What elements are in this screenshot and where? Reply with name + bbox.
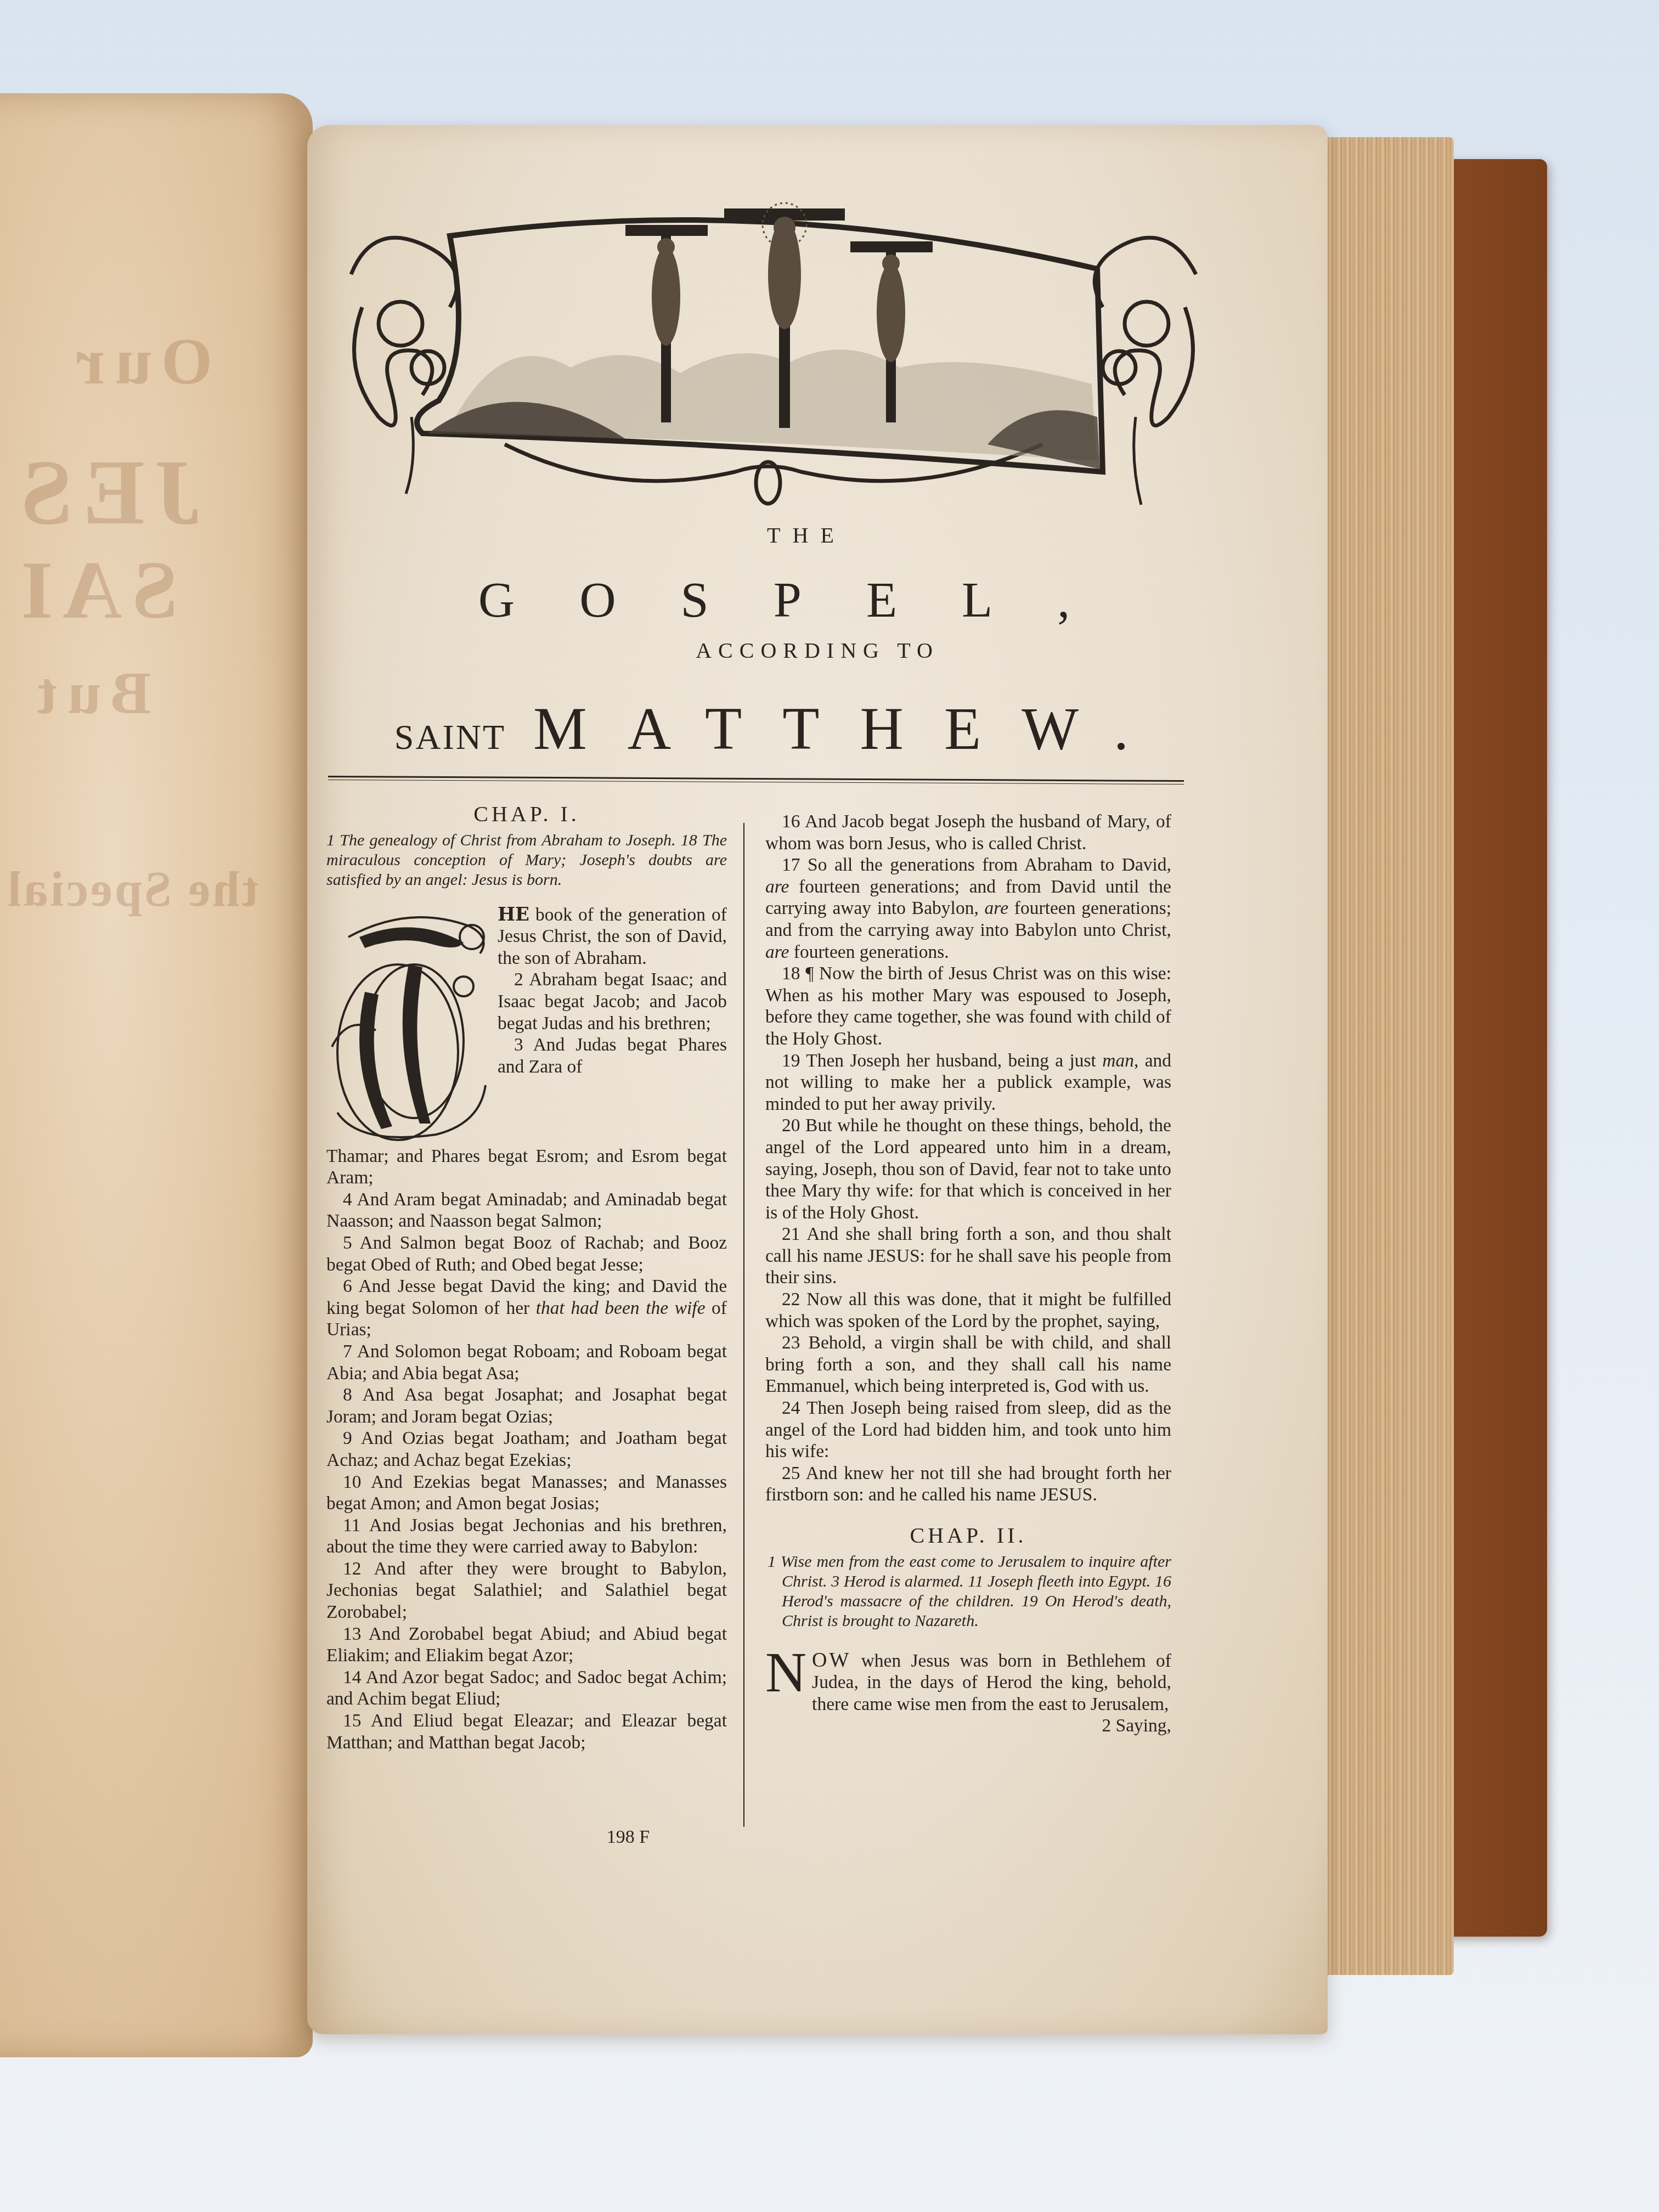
title-saint: SAINT — [394, 717, 506, 758]
verse-22: 22 Now all this was done, that it might … — [765, 1289, 1171, 1332]
verse-13: 13 And Zorobabel begat Abiud; and Abiud … — [326, 1623, 727, 1667]
verse-11: 11 And Josias begat Jechonias and his br… — [326, 1515, 727, 1558]
ornamental-dropcap-T-icon: T — [326, 904, 491, 1145]
verse-20: 20 But while he thought on these things,… — [765, 1115, 1171, 1223]
verse-1: HE book of the generation of Jesus Chris… — [498, 904, 727, 1145]
verse-25: 25 And knew her not till she had brought… — [765, 1463, 1171, 1506]
show-through-text: Our — [66, 324, 212, 399]
verse-24: 24 Then Joseph being raised from sleep, … — [765, 1397, 1171, 1463]
verse-21: 21 And she shall bring forth a son, and … — [765, 1223, 1171, 1289]
chapter-2-opening: N OW when Jesus was born in Bethlehem of… — [765, 1650, 1171, 1716]
title-the: THE — [658, 522, 955, 548]
left-facing-page: Our JES SAI But the Special — [0, 93, 313, 2057]
title-gospel: GOSPEL, — [395, 571, 1218, 629]
show-through-text: JES — [11, 439, 201, 546]
title-matthew: MATTHEW. — [533, 694, 1169, 764]
opening-paragraph: T HE book of the generation of Jesus Chr… — [326, 904, 727, 1145]
verse-23: 23 Behold, a virgin shall be with child,… — [765, 1332, 1171, 1397]
svg-text:T: T — [326, 904, 327, 905]
show-through-text: the Special — [5, 861, 258, 918]
chapter-summary-2: 1 Wise men from the east come to Jerusal… — [765, 1552, 1171, 1631]
verse-12: 12 And after they were brought to Babylo… — [326, 1558, 727, 1623]
verse-19: 19 Then Joseph her husband, being a just… — [765, 1050, 1171, 1115]
initial-N: N — [765, 1650, 806, 1716]
catchword: 2 Saying, — [765, 1715, 1171, 1737]
verse-6: 6 And Jesse begat David the king; and Da… — [326, 1276, 727, 1341]
verse-14: 14 And Azor begat Sadoc; and Sadoc begat… — [326, 1667, 727, 1710]
verse-3: 3 And Judas begat Phares and Zara of — [498, 1034, 727, 1077]
chapter-heading-2: CHAP. II. — [765, 1525, 1171, 1547]
column-divider — [743, 823, 744, 1827]
verse-4: 4 And Aram begat Aminadab; and Aminadab … — [326, 1189, 727, 1232]
title-saint-matthew: SAINT MATTHEW. — [329, 694, 1234, 764]
verse-3-cont: Thamar; and Phares begat Esrom; and Esro… — [326, 1145, 727, 1189]
verse-15: 15 And Eliud begat Eleazar; and Eleazar … — [326, 1710, 727, 1753]
title-according-to: ACCORDING TO — [516, 637, 1119, 663]
show-through-text: SAI — [11, 543, 178, 637]
crucifixion-engraving-icon — [340, 187, 1207, 516]
verse-17: 17 So all the generations from Abraham t… — [765, 854, 1171, 963]
chapter-heading: CHAP. I. — [326, 803, 727, 825]
verse-9: 9 And Ozias begat Joatham; and Joatham b… — [326, 1427, 727, 1471]
verse-18: 18 ¶ Now the birth of Jesus Christ was o… — [765, 963, 1171, 1049]
verse-16: 16 And Jacob begat Joseph the husband of… — [765, 811, 1171, 854]
show-through-text: But — [27, 658, 151, 728]
right-text-column: 16 And Jacob begat Joseph the husband of… — [765, 811, 1171, 1737]
signature-mark: 198 F — [590, 1827, 667, 1848]
left-text-column: CHAP. I. 1 The genealogy of Christ from … — [326, 801, 727, 1753]
chapter-summary: 1 The genealogy of Christ from Abraham t… — [326, 831, 727, 890]
verse-5: 5 And Salmon begat Booz of Rachab; and B… — [326, 1232, 727, 1276]
verse-7: 7 And Solomon begat Roboam; and Roboam b… — [326, 1341, 727, 1384]
verse-10: 10 And Ezekias begat Manasses; and Manas… — [326, 1471, 727, 1515]
verse-8: 8 And Asa begat Josaphat; and Josaphat b… — [326, 1384, 727, 1427]
verse-2: 2 Abraham begat Isaac; and Isaac begat J… — [498, 969, 727, 1034]
dropcap-rest: HE — [498, 904, 529, 926]
